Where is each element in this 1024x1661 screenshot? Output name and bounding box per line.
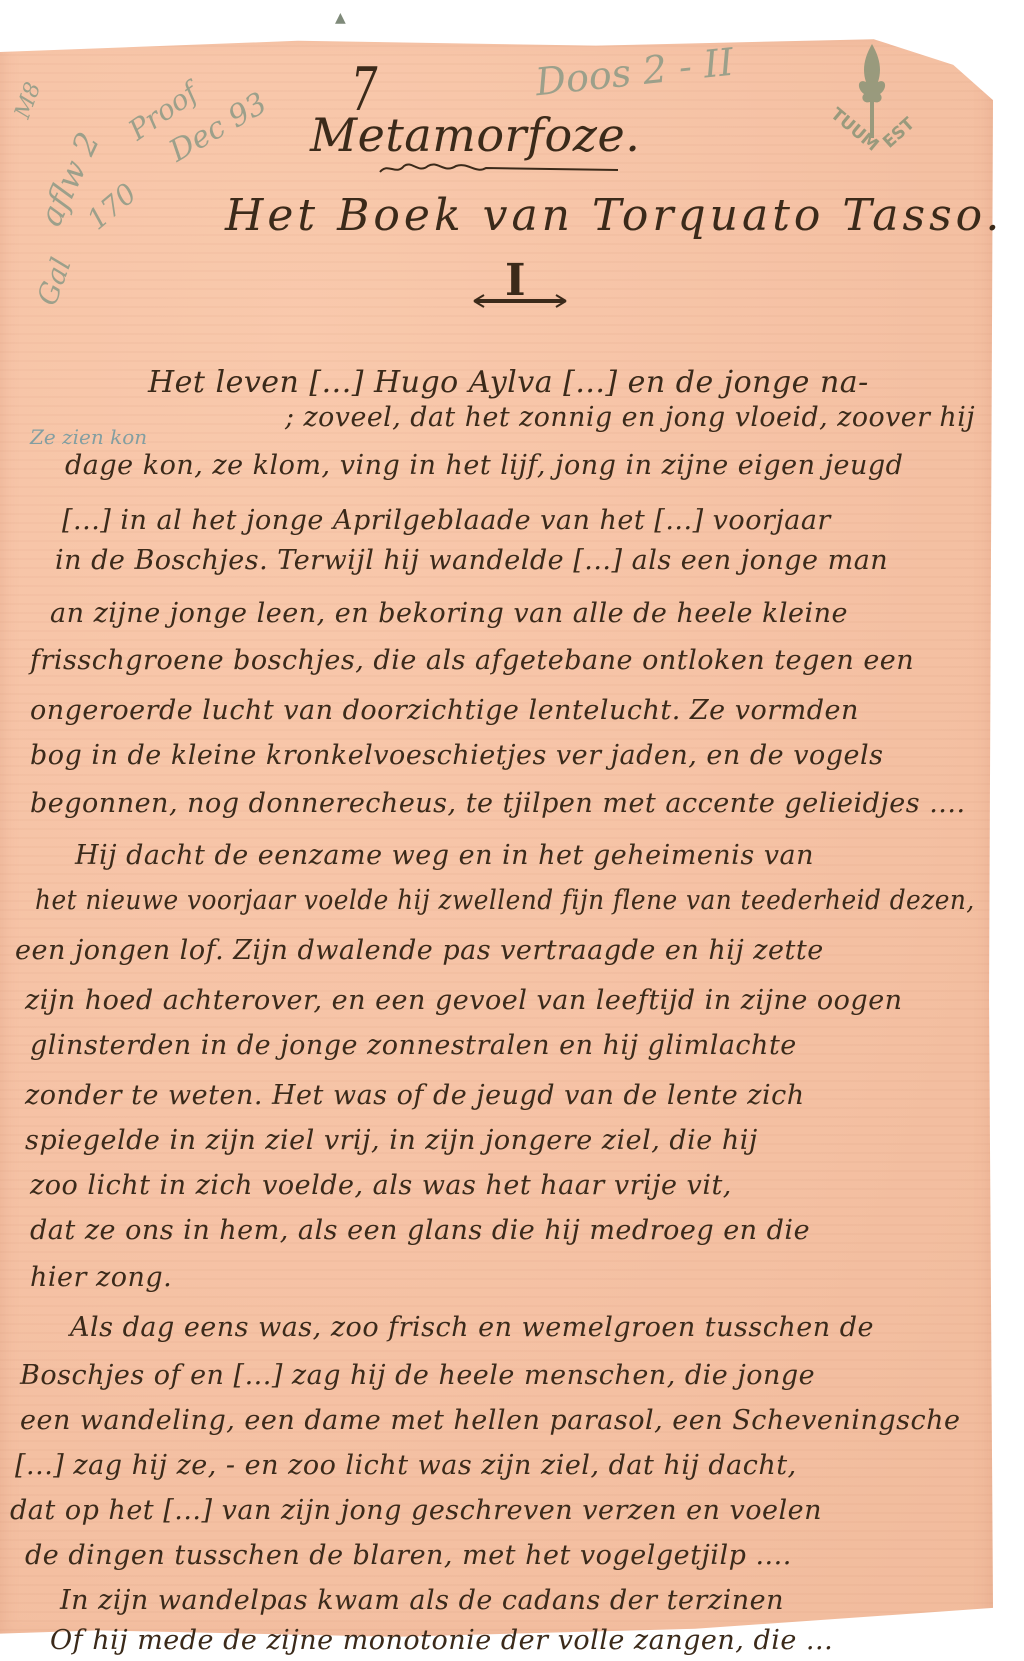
scan-mark: ▲ <box>335 10 346 26</box>
section-numeral-underline <box>470 265 570 315</box>
text-line: in de Boschjes. Terwijl hij wandelde [..… <box>55 545 888 576</box>
text-line: zijn hoed achterover, en een gevoel van … <box>25 985 903 1016</box>
tuum-est-stamp: TUUM EST <box>812 40 932 160</box>
text-line: de dingen tusschen de blaren, met het vo… <box>25 1540 792 1571</box>
text-line: zonder te weten. Het was of de jeugd van… <box>25 1080 805 1111</box>
text-line: dage kon, ze klom, ving in het lijf, jon… <box>65 450 903 481</box>
text-line: an zijne jonge leen, en bekoring van all… <box>50 598 848 629</box>
manuscript-title: Metamorfoze. <box>310 108 640 162</box>
text-line: ; zoveel, dat het zonnig en jong vloeid,… <box>285 402 975 433</box>
text-line: [...] zag hij ze, - en zoo licht was zij… <box>15 1450 797 1481</box>
text-line: Boschjes of en [...] zag hij de heele me… <box>20 1360 815 1391</box>
text-line: hier zong. <box>30 1262 172 1293</box>
text-line: zoo licht in zich voelde, als was het ha… <box>30 1170 732 1201</box>
svg-text:EST: EST <box>879 114 919 153</box>
text-line: glinsterden in de jonge zonnestralen en … <box>30 1030 797 1061</box>
margin-note: Ze zien kon <box>30 425 147 449</box>
title-underline <box>378 158 623 178</box>
text-line: begonnen, nog donnerecheus, te tjilpen m… <box>30 788 966 819</box>
text-line: Of hij mede de zijne monotonie der volle… <box>50 1625 833 1656</box>
text-line: ongeroerde lucht van doorzichtige lentel… <box>30 695 859 726</box>
text-line: een wandeling, een dame met hellen paras… <box>20 1405 960 1436</box>
text-line: dat op het [...] van zijn jong geschreve… <box>10 1495 822 1526</box>
text-line: spiegelde in zijn ziel vrij, in zijn jon… <box>25 1125 758 1156</box>
text-line: Het leven [...] Hugo Aylva [...] en de j… <box>148 365 869 400</box>
svg-text:TUUM: TUUM <box>827 104 883 155</box>
text-line: dat ze ons in hem, als een glans die hij… <box>30 1215 810 1246</box>
text-line: In zijn wandelpas kwam als de cadans der… <box>60 1585 784 1616</box>
text-line: Als dag eens was, zoo frisch en wemelgro… <box>70 1312 874 1343</box>
text-line: [...] in al het jonge Aprilgeblaade van … <box>62 505 831 536</box>
wheat-sheaf-icon: TUUM EST <box>812 40 932 160</box>
text-line: een jongen lof. Zijn dwalende pas vertra… <box>15 935 824 966</box>
text-line: het nieuwe voorjaar voelde hij zwellend … <box>35 885 975 916</box>
text-line: frisschgroene boschjes, die als afgeteba… <box>30 645 914 676</box>
manuscript-subtitle: Het Boek van Torquato Tasso. <box>225 190 1003 241</box>
text-line: bog in de kleine kronkelvoeschietjes ver… <box>30 740 883 771</box>
text-line: Hij dacht de eenzame weg en in het gehei… <box>75 840 814 871</box>
